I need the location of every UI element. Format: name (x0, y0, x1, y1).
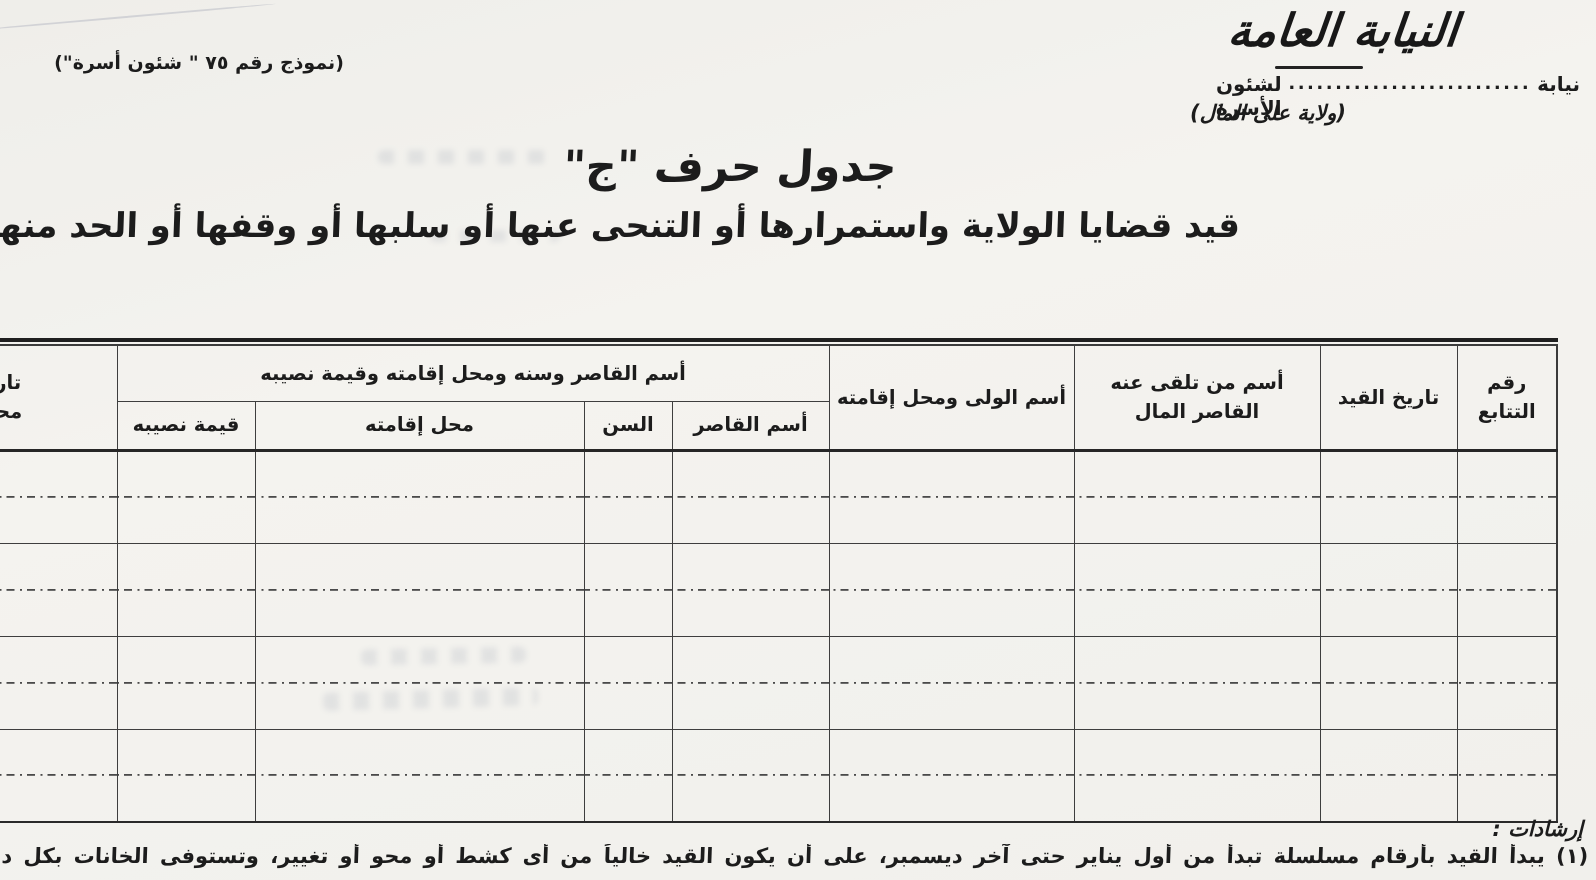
empty-cell (829, 729, 1074, 822)
empty-cell (1457, 729, 1557, 822)
empty-cell (0, 729, 117, 822)
empty-cell (584, 450, 672, 543)
col-header-inventory-report-date: تاريخ اعتما محضر الجر (0, 345, 117, 450)
col-header-residence: محل إقامته (255, 401, 584, 450)
empty-cell (117, 450, 255, 543)
table-row (0, 729, 1557, 822)
empty-cell (829, 543, 1074, 636)
page-title: جدول حرف "ج" (219, 142, 1242, 192)
overline-rule (1275, 66, 1363, 69)
empty-cell (1320, 450, 1457, 543)
empty-cell (255, 450, 584, 543)
page-subtitle: قيد قضايا الولاية واستمرارها أو التنحى ع… (219, 206, 1240, 246)
table-row (0, 543, 1557, 636)
empty-cell (1320, 543, 1457, 636)
guardianship-over-money-label: (ولاية على المال) (1188, 101, 1348, 125)
empty-cell (829, 450, 1074, 543)
form-number: (نموذج رقم ٧٥ " شئون أسرة") (44, 52, 354, 74)
col-header-minor-name: أسم القاصر (672, 401, 829, 450)
empty-cell (829, 636, 1074, 729)
empty-cell (255, 543, 584, 636)
empty-cell (672, 450, 829, 543)
empty-cell (1074, 636, 1320, 729)
empty-cell (117, 636, 255, 729)
empty-cell (255, 636, 584, 729)
empty-cell (584, 543, 672, 636)
empty-cell (1074, 450, 1320, 543)
header-row-group: رقم التتابع تاريخ القيد أسم من تلقى عنه … (0, 345, 1557, 401)
dotted-blank: ........................... (1288, 73, 1532, 94)
empty-cell (0, 450, 117, 543)
empty-cell (117, 543, 255, 636)
title-block: جدول حرف "ج" قيد قضايا الولاية واستمراره… (220, 142, 1240, 246)
table-row (0, 636, 1557, 729)
col-header-guardian: أسم الولى ومحل إقامته (829, 345, 1074, 450)
register-table: رقم التتابع تاريخ القيد أسم من تلقى عنه … (0, 344, 1558, 823)
instruction-item-1: (١) يبدأ القيد بأرقام مسلسلة تبدأ من أول… (0, 844, 1589, 880)
col-header-money-source: أسم من تلقى عنه القاصر المال (1074, 345, 1320, 450)
col-header-age: السن (584, 401, 672, 450)
niyaba-label: نيابة (1537, 72, 1580, 96)
col-header-record-date: تاريخ القيد (1320, 345, 1457, 450)
empty-cell (1457, 543, 1557, 636)
col-header-share-value: قيمة نصيبه (117, 401, 255, 450)
empty-cell (1457, 636, 1557, 729)
empty-cell (117, 729, 255, 822)
pencil-streak-artifact (0, 3, 276, 31)
empty-cell (1320, 636, 1457, 729)
empty-cell (584, 636, 672, 729)
table-row (0, 450, 1557, 543)
empty-cell (0, 636, 117, 729)
register-table-wrap: رقم التتابع تاريخ القيد أسم من تلقى عنه … (0, 338, 1558, 823)
empty-cell (672, 636, 829, 729)
col-header-sequence-number: رقم التتابع (1457, 345, 1557, 450)
empty-cell (672, 543, 829, 636)
instructions-heading: إرشادات : (1492, 817, 1583, 841)
empty-cell (0, 543, 117, 636)
empty-cell (1074, 729, 1320, 822)
org-title-calligraphy: النيابة العامة (1175, 4, 1511, 57)
empty-cell (255, 729, 584, 822)
col-header-minor-group: أسم القاصر وسنه ومحل إقامته وقيمة نصيبه (117, 345, 829, 401)
empty-cell (1320, 729, 1457, 822)
empty-cell (584, 729, 672, 822)
empty-cell (1074, 543, 1320, 636)
niyaba-fill-in-line: نيابة ........................... لشئون … (1148, 72, 1580, 102)
empty-cell (1457, 450, 1557, 543)
scanned-form-page: { "header": { "org_title": "النيابة العا… (0, 0, 1596, 880)
empty-cell (672, 729, 829, 822)
